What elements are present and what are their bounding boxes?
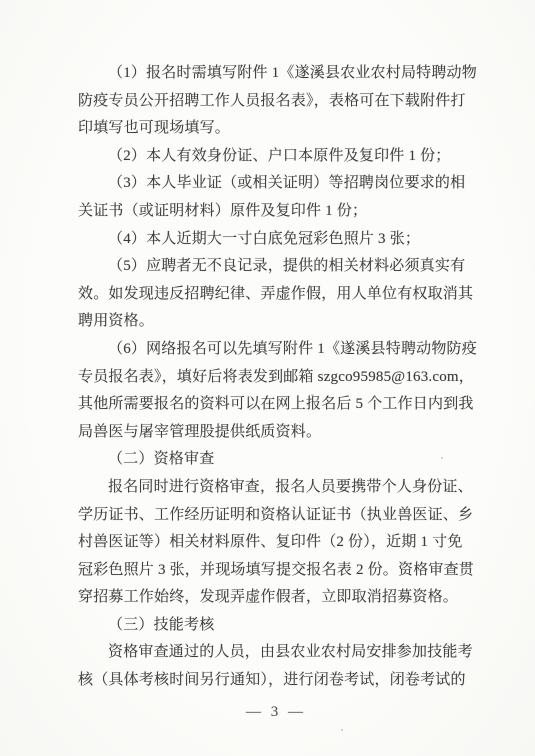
section-heading: （二）资格审查 [78,446,474,474]
document-line: （3）本人毕业证（或相关证明）等招聘岗位要求的相 [78,170,474,198]
document-line: （4）本人近期大一寸白底免冠彩色照片 3 张； [78,226,474,254]
document-line: 关证书（或证明材料）原件及复印件 1 份； [78,198,474,226]
section-heading: （三）技能考核 [78,612,474,640]
page-number: — 3 — [78,704,474,721]
document-line: 资格审查通过的人员，由县农业农村局安排参加技能考 [78,639,474,667]
document-body: （1）报名时需填写附件 1《遂溪县农业农村局特聘动物 防疫专员公开招聘工作人员报… [78,60,474,695]
document-line: 印填写也可现场填写。 [78,115,474,143]
scan-speck [341,729,343,731]
scan-speck [311,394,314,396]
document-line: 学历证书、工作经历证明和资格认证证书（执业兽医证、乡 [78,502,474,530]
document-line: 穿招募工作始终，发现弄虚作假者，立即取消招募资格。 [78,584,474,612]
document-line: 聘用资格。 [78,308,474,336]
document-line: 局兽医与屠宰管理股提供纸质资料。 [78,419,474,447]
document-line: 其他所需要报名的资料可以在网上报名后 5 个工作日内到我 [78,391,474,419]
document-page: （1）报名时需填写附件 1《遂溪县农业农村局特聘动物 防疫专员公开招聘工作人员报… [0,0,535,756]
scan-speck [441,457,443,459]
document-line: （2）本人有效身份证、户口本原件及复印件 1 份； [78,143,474,171]
document-line: （1）报名时需填写附件 1《遂溪县农业农村局特聘动物 [78,60,474,88]
document-line: 防疫专员公开招聘工作人员报名表》，表格可在下载附件打 [78,88,474,116]
document-line: 核（具体考核时间另行通知），进行闭卷考试，闭卷考试的 [78,667,474,695]
document-line: （6）网络报名可以先填写附件 1《遂溪县特聘动物防疫 [78,336,474,364]
document-line: 报名同时进行资格审查，报名人员要携带个人身份证、 [78,474,474,502]
document-line: 村兽医证等）相关材料原件、复印件（2 份），近期 1 寸免 [78,529,474,557]
document-line: （5）应聘者无不良记录，提供的相关材料必须真实有 [78,253,474,281]
document-line: 冠彩色照片 3 张，并现场填写提交报名表 2 份。资格审查贯 [78,557,474,585]
document-line: 效。如发现违反招聘纪律、弄虚作假，用人单位有权取消其 [78,281,474,309]
document-line: 专员报名表》，填好后将表发到邮箱 szgco95985@163.com， [78,364,474,392]
